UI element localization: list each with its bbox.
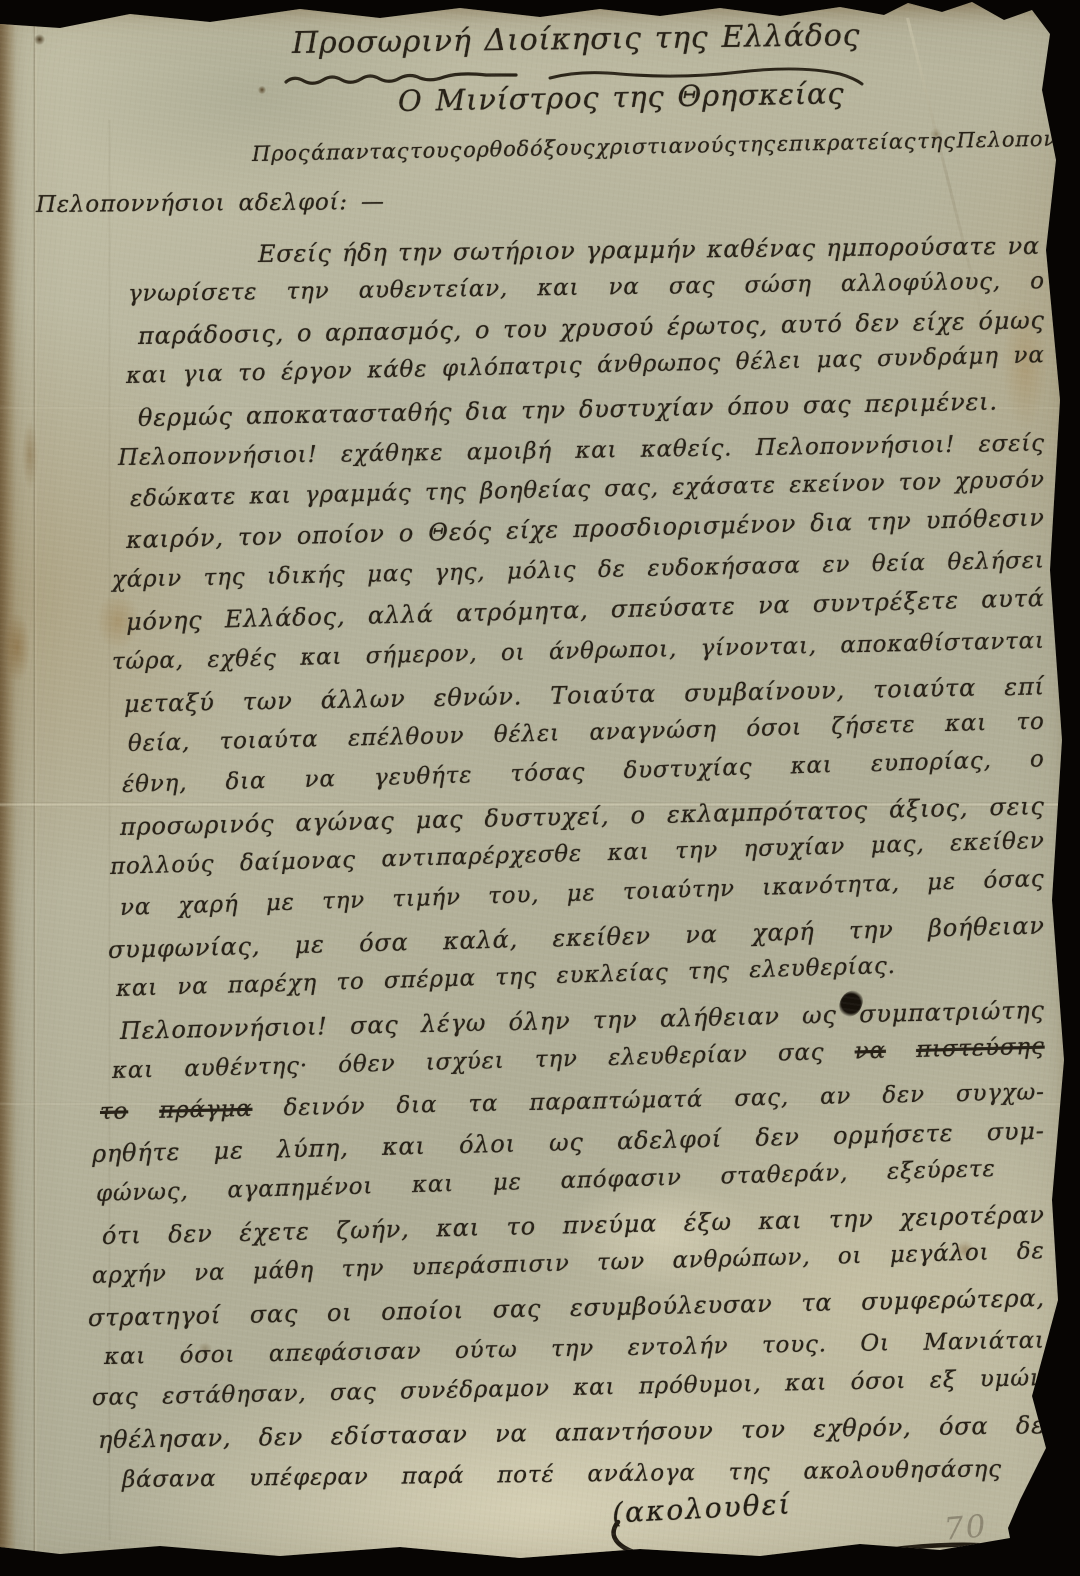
word: θελήσει <box>947 547 1045 575</box>
manuscript-line: βάσαναυπέφερανπαράποτέανάλογατηςακολουθη… <box>122 1456 1002 1493</box>
word: της <box>495 964 538 991</box>
word: δυστυχίαν <box>579 393 715 424</box>
word: προσδιορισμένον <box>573 510 797 543</box>
word: τα <box>801 1288 833 1317</box>
word: ησυχίαν <box>743 833 845 862</box>
word: μόνης <box>126 606 203 636</box>
word: Πελοποννήσιοι <box>36 190 226 218</box>
word: εστάθησαν, <box>162 1381 307 1410</box>
manuscript-line: μόνηςΕλλάδος,αλλάατρόμητα,σπεύσατενασυντ… <box>126 584 1045 636</box>
word: ημπορούσατε <box>826 232 997 262</box>
word: συνδράμη <box>877 343 999 372</box>
word: καλά, <box>443 925 519 955</box>
word: σήμερον, <box>365 641 477 670</box>
word: υπόθεσιν <box>925 504 1045 535</box>
word: περιμένει. <box>864 387 998 418</box>
word: των <box>242 687 292 716</box>
word: μεγάλοι <box>889 1240 989 1269</box>
word: την <box>829 1204 874 1233</box>
word: και <box>126 362 169 389</box>
word: σας <box>330 1379 377 1406</box>
word: ο <box>1030 746 1045 772</box>
word: ατρόμητα, <box>456 596 589 627</box>
word: χρυσού <box>560 313 654 343</box>
word: και <box>607 839 650 866</box>
manuscript-line: ηθέλησαν,δενεδίστασαννααπαντήσουντονεχθρ… <box>98 1411 1045 1454</box>
word: να <box>608 274 639 300</box>
word: ούτω <box>455 1337 518 1364</box>
word: σας <box>92 1384 139 1411</box>
word: γραμμάς <box>305 480 412 508</box>
left-fold-edge <box>0 0 16 1576</box>
word: Διοίκησις <box>484 21 642 58</box>
word: ευπορίας, <box>871 748 992 777</box>
word: και <box>436 1213 480 1242</box>
word: συμφερώτερα, <box>861 1284 1045 1316</box>
paper-stain <box>22 420 38 490</box>
word: άλλων <box>320 685 405 715</box>
word: δυστυχεί, <box>484 802 610 833</box>
manuscript-line: στρατηγοίσαςοιοποίοισαςεσυμβούλευσαντασυ… <box>88 1284 1045 1332</box>
word: εχθές <box>207 645 277 673</box>
word: την <box>867 507 912 536</box>
word: απόφασιν <box>560 1165 682 1194</box>
word: εσείς <box>978 430 1045 457</box>
manuscript-line: καιόσοιαπεφάσισανούτωτηνεντολήντους.ΟιΜα… <box>104 1328 1045 1370</box>
word: βάσανα <box>122 1466 217 1493</box>
word: αμοιβή <box>467 438 553 465</box>
word: επικρατείας <box>777 129 917 156</box>
title-line-1: ΠροσωρινήΔιοίκησιςτηςΕλλάδος <box>292 18 861 61</box>
word: Προς <box>252 141 311 166</box>
word: της <box>203 564 245 591</box>
word: το <box>238 360 267 387</box>
word: μάθη <box>252 1257 314 1285</box>
word: Εσείς <box>258 239 332 268</box>
word: να <box>758 591 791 620</box>
word: όμως <box>978 306 1045 335</box>
word: ζωήν, <box>336 1215 410 1245</box>
word: υπεράσπισιν <box>412 1250 570 1280</box>
word: της <box>425 479 467 506</box>
manuscript-line: γνωρίσετετηναυθεντείαν,καινασαςσώσηαλλοφ… <box>128 268 1045 307</box>
word: ο <box>399 519 415 547</box>
word: μόλις <box>507 557 577 584</box>
word: αγαπημένοι <box>227 1173 374 1203</box>
word: χριστιανούς <box>596 133 737 160</box>
word: αποκαθίστανται <box>840 628 1045 659</box>
word: ήδη <box>342 239 388 267</box>
word: όπου <box>727 391 790 420</box>
word: ο <box>1030 268 1045 294</box>
word: Πελοπον- <box>956 126 1065 152</box>
word: ηθέλησαν, <box>98 1424 232 1454</box>
word: σας <box>669 273 716 300</box>
word: οι <box>327 1298 353 1327</box>
word: σας, <box>734 1085 789 1112</box>
manuscript-line: παράδοσις,οαρπασμός,οτουχρυσούέρωτος,αυτ… <box>138 306 1045 350</box>
word: σας <box>492 1295 541 1324</box>
word: της <box>737 132 776 157</box>
word: εκείνον <box>789 470 886 498</box>
word: τον <box>898 469 942 496</box>
word: τους <box>410 138 462 163</box>
word: και <box>575 437 617 464</box>
word: αδελφοί <box>617 1125 723 1156</box>
word: τον <box>741 1415 786 1444</box>
address-line: Προςάπανταςτουςορθοδόξουςχριστιανούςτηςε… <box>252 126 1065 166</box>
word: και <box>785 1370 828 1397</box>
word: αποκατασταθής <box>246 398 453 430</box>
word: απαντήσουν <box>555 1416 714 1446</box>
word: θέλει <box>735 348 802 375</box>
word: συνέδραμον <box>400 1375 550 1404</box>
word: γης, <box>434 559 485 586</box>
word: σας <box>249 1300 298 1329</box>
word: Οι <box>860 1330 890 1357</box>
word: δεν <box>855 309 900 338</box>
word: καιρόν, <box>126 524 224 554</box>
word: φιλόπατρις <box>442 353 583 382</box>
word: ζήσετε <box>831 712 916 740</box>
word: επί <box>1004 672 1045 701</box>
word: να <box>685 920 718 949</box>
word: δεν <box>755 1123 800 1152</box>
word: δε <box>1016 1411 1045 1439</box>
word: δυστυχίας <box>623 754 752 784</box>
word: μας, <box>870 831 925 858</box>
word: για <box>182 361 223 388</box>
word: την <box>286 278 329 305</box>
word: χαρή <box>178 891 239 919</box>
word: ικανότητα, <box>762 871 900 901</box>
word: την <box>322 887 366 914</box>
word: να <box>1013 342 1045 369</box>
word: εκείθεν <box>950 828 1045 857</box>
word: Ελλάδος, <box>224 602 345 633</box>
word: της <box>655 20 709 56</box>
word: εξ <box>929 1367 956 1394</box>
word: πνεύμα <box>562 1209 657 1239</box>
word: δαίμονας <box>240 847 357 876</box>
word: ισχύει <box>425 1048 504 1076</box>
word: έχετε <box>239 1217 310 1247</box>
word: πρόθυμοι, <box>639 1371 762 1400</box>
word: να <box>304 766 336 793</box>
word: χειροτέραν <box>900 1201 1045 1232</box>
word: Πελοποννήσιοι! <box>118 442 318 471</box>
word: επέλθουν <box>348 723 465 752</box>
word: τα <box>468 1091 498 1118</box>
word: υπέφεραν <box>249 1464 369 1491</box>
word: παραπτώματά <box>529 1086 703 1116</box>
word: να <box>120 894 152 921</box>
word: τόσας <box>510 759 585 787</box>
word: με <box>566 880 596 907</box>
word: μας <box>816 346 862 373</box>
word: όθεν <box>338 1051 396 1078</box>
word: αυτό <box>781 310 843 339</box>
word: βοήθειαν <box>928 911 1045 942</box>
word: ορθοδόξους <box>463 135 596 162</box>
word: είχε <box>912 308 965 337</box>
word: με <box>927 869 957 896</box>
word: σας, <box>604 475 659 502</box>
word: ορμήσετε <box>833 1119 954 1150</box>
word: — <box>361 189 385 215</box>
word: ακολουθησάσης <box>803 1456 1002 1484</box>
manuscript-line: τοπράγμαδεινόνδιαταπαραπτώματάσας,ανδενσ… <box>100 1079 1045 1125</box>
word: παράδοσις, <box>138 319 285 350</box>
word: πιστεύσης <box>916 1034 1045 1063</box>
word: τον <box>238 522 283 551</box>
word: αλλοφύλους, <box>841 269 1001 297</box>
salutation-line: Πελοποννήσιοιαδελφοί:— <box>36 189 385 218</box>
word: ο <box>475 316 491 344</box>
word: πολλούς <box>110 851 215 880</box>
word: ρηθήτε <box>92 1138 181 1168</box>
word: στρατηγοί <box>88 1301 222 1332</box>
word: άνθρωποι, <box>549 636 678 665</box>
word: δια <box>465 397 508 426</box>
word: εκλαμπρότατος <box>667 796 869 829</box>
word: ευδοκήσασα <box>647 553 801 582</box>
word: αυθέντης· <box>184 1053 308 1082</box>
word: αυτά <box>981 584 1045 614</box>
word: χρυσόν <box>955 467 1045 495</box>
word: αναγνώση <box>589 717 717 746</box>
word: έθνη, <box>122 770 188 798</box>
word: την <box>398 238 443 266</box>
word: όσα <box>939 1412 989 1441</box>
word: δεν <box>259 1423 304 1452</box>
word: Προσωρινή <box>292 23 472 61</box>
word: και <box>412 1171 455 1198</box>
word: και <box>573 1374 616 1401</box>
word: την <box>521 396 566 425</box>
word: εχάσατε <box>672 472 776 500</box>
word: δε <box>1016 1238 1044 1265</box>
word: παρά <box>401 1463 464 1490</box>
word: υμών <box>980 1365 1045 1392</box>
word: αυθεντείαν, <box>358 276 508 304</box>
word: δεινόν <box>283 1093 365 1121</box>
word: χαρή <box>752 918 815 948</box>
word: όσας <box>983 866 1045 894</box>
word: ελευθερίαν <box>608 1041 748 1071</box>
word: λέγω <box>421 1009 487 1038</box>
word: με <box>265 890 295 917</box>
word: την <box>593 1005 638 1034</box>
word: της <box>917 128 956 153</box>
word: δια <box>396 1092 437 1119</box>
manuscript-line: Πελοποννήσιοι!εχάθηκεαμοιβήκαικαθείς.Πελ… <box>118 430 1045 471</box>
word: ιδικής <box>267 562 346 590</box>
word: της <box>688 958 731 985</box>
manuscript-line: σαςεστάθησαν,σαςσυνέδραμονκαιπρόθυμοι,κα… <box>92 1365 1045 1411</box>
page-number-annotation: 70 <box>943 1508 989 1548</box>
word: σας <box>778 1039 825 1066</box>
word: θεία <box>872 550 926 577</box>
word: την <box>675 837 719 864</box>
word: και <box>112 1057 155 1084</box>
word: με <box>492 1169 522 1196</box>
word: οι <box>501 640 526 667</box>
word: Ελλάδος <box>721 18 860 55</box>
word: και <box>758 1206 802 1235</box>
word: φώνως, <box>96 1178 189 1207</box>
word: θεία, <box>128 729 191 757</box>
word: καθένας <box>707 234 816 263</box>
manuscript-line: τώρα,εχθέςκαισήμερον,οιάνθρωποι,γίνονται… <box>112 628 1045 675</box>
manuscript-line: Εσείςήδητηνσωτήριονγραμμήνκαθέναςημπορού… <box>258 232 1040 268</box>
word: ευκλείας <box>556 960 669 989</box>
manuscript-line: έθνη,διαναγευθήτετόσαςδυστυχίαςκαιευπορί… <box>122 746 1045 798</box>
word: Πελοποννήσιοι! <box>120 1012 328 1045</box>
word: και <box>537 275 579 302</box>
word: συντρέξετε <box>812 586 959 618</box>
word: την <box>551 1335 594 1362</box>
word: και <box>249 483 292 510</box>
word: το <box>100 1098 129 1125</box>
word: αλλά <box>367 600 434 630</box>
word: τιμήν <box>392 884 461 912</box>
word: Πελοποννήσιοι! <box>755 432 955 461</box>
word: προσωρινός <box>120 810 275 841</box>
word: το <box>506 1212 536 1241</box>
word: μεταξύ <box>124 688 215 718</box>
word: αντιπαρέρχεσθε <box>381 841 582 873</box>
word: ως <box>549 1128 584 1157</box>
word: να <box>854 1038 886 1065</box>
word: τους. <box>762 1331 827 1358</box>
word: όλοι <box>459 1130 516 1159</box>
word: Θεός <box>428 517 492 547</box>
word: έρωτος, <box>667 311 768 341</box>
word: ανάλογα <box>587 1460 696 1487</box>
word: εν <box>822 552 850 579</box>
word: του <box>503 315 548 344</box>
word: με <box>213 1136 244 1165</box>
word: συμβαίνουν, <box>684 676 845 707</box>
word: άξιος, <box>889 794 969 824</box>
paper-stain <box>4 612 30 682</box>
word: θερμώς <box>138 402 233 432</box>
word: οι <box>838 1243 863 1270</box>
manuscript-line: εδώκατεκαιγραμμάςτηςβοηθείαςσας,εχάσατεε… <box>130 467 1045 512</box>
word: σας <box>350 1011 399 1040</box>
word: σας <box>803 390 852 419</box>
word: ως <box>802 1001 837 1030</box>
word: δε <box>598 556 626 583</box>
title-underline <box>282 66 867 92</box>
word: με <box>294 930 325 959</box>
word: αλήθειαν <box>660 1002 780 1033</box>
word: έξω <box>683 1208 732 1237</box>
word: παρέχη <box>228 970 318 999</box>
word: της <box>729 1459 771 1486</box>
word: Μανιάται <box>923 1328 1045 1356</box>
word: εντολήν <box>627 1333 728 1361</box>
manuscript-line: θερμώςαποκατασταθήςδιατηνδυστυχίανόπουσα… <box>138 387 998 432</box>
word: καθείς. <box>640 435 732 462</box>
word: εδώκατε <box>130 484 237 512</box>
word: αρπασμός, <box>325 316 462 346</box>
word: μας <box>415 805 463 834</box>
word: τοιαύτην <box>622 876 735 906</box>
word: άπαντας <box>311 139 410 165</box>
word: πράγμα <box>159 1096 253 1124</box>
word: των <box>597 1249 646 1276</box>
word: γευθήτε <box>374 762 473 791</box>
word: και <box>116 975 159 1002</box>
word: σωτήριον <box>453 237 576 266</box>
word: όσα <box>359 928 409 957</box>
word: σώση <box>744 271 811 298</box>
word: τοιαύτα <box>219 726 319 754</box>
word: σπέρμα <box>384 965 477 994</box>
word: οποίοι <box>381 1296 464 1326</box>
word: εσυμβούλευσαν <box>570 1290 773 1322</box>
word: γνωρίσετε <box>128 279 258 307</box>
word: γίνονται, <box>700 633 817 662</box>
word: συμφωνίας, <box>108 932 261 964</box>
word: δεν <box>882 1082 925 1109</box>
word: και <box>104 1343 146 1370</box>
manuscript-line: καιρόν,τονοποίονοΘεόςείχεπροσδιορισμένον… <box>126 504 1045 554</box>
word: και <box>790 752 833 779</box>
word: συμπατριώτης <box>859 996 1045 1028</box>
word: γραμμήν <box>586 235 697 264</box>
paper-stain <box>258 86 266 94</box>
word: συγχω- <box>956 1079 1045 1107</box>
word: και <box>300 644 343 671</box>
word: ανθρώπων, <box>672 1244 811 1274</box>
word: το <box>336 969 365 996</box>
manuscript-line: συμφωνίας,μεόσακαλά,εκείθενναχαρήτηνβοήθ… <box>108 911 1045 964</box>
word: βοηθείας <box>480 476 591 504</box>
word: ο <box>297 319 313 347</box>
word: εθνών. <box>433 682 522 712</box>
word: χάριν <box>112 566 183 593</box>
manuscript-line: χάριντηςιδικήςμαςγης,μόλιςδεευδοκήσασαεν… <box>112 547 1045 593</box>
word: εξεύρετε <box>887 1156 996 1185</box>
word: και <box>382 1132 426 1161</box>
word: έργον <box>281 358 353 386</box>
word: και <box>945 710 988 737</box>
word: του, <box>488 882 540 910</box>
word: εχθρόν, <box>813 1413 912 1443</box>
word: το <box>1016 709 1045 736</box>
word: ο <box>630 801 646 829</box>
word: να <box>1007 232 1040 260</box>
word: να <box>495 1419 528 1448</box>
word: σεις <box>989 792 1045 821</box>
manuscript-line: καιγιατοέργονκάθεφιλόπατριςάνθρωποςθέλει… <box>126 342 1045 389</box>
manuscript-page: ΠροσωρινήΔιοίκησιςτηςΕλλάδοςΟΜινίστροςτη… <box>0 0 1080 1576</box>
word: την <box>535 1046 579 1073</box>
word: θέλει <box>493 720 560 748</box>
word: δια <box>810 508 853 537</box>
word: κάθε <box>367 356 428 383</box>
word: ελευθερίας. <box>749 953 896 983</box>
word: ποτέ <box>497 1462 555 1489</box>
word: να <box>177 973 209 1000</box>
vertical-fold-crease <box>33 0 37 1576</box>
word: όσοι <box>746 715 802 742</box>
word: Τοιαύτα <box>550 680 656 710</box>
word: αδελφοί: <box>238 189 348 216</box>
